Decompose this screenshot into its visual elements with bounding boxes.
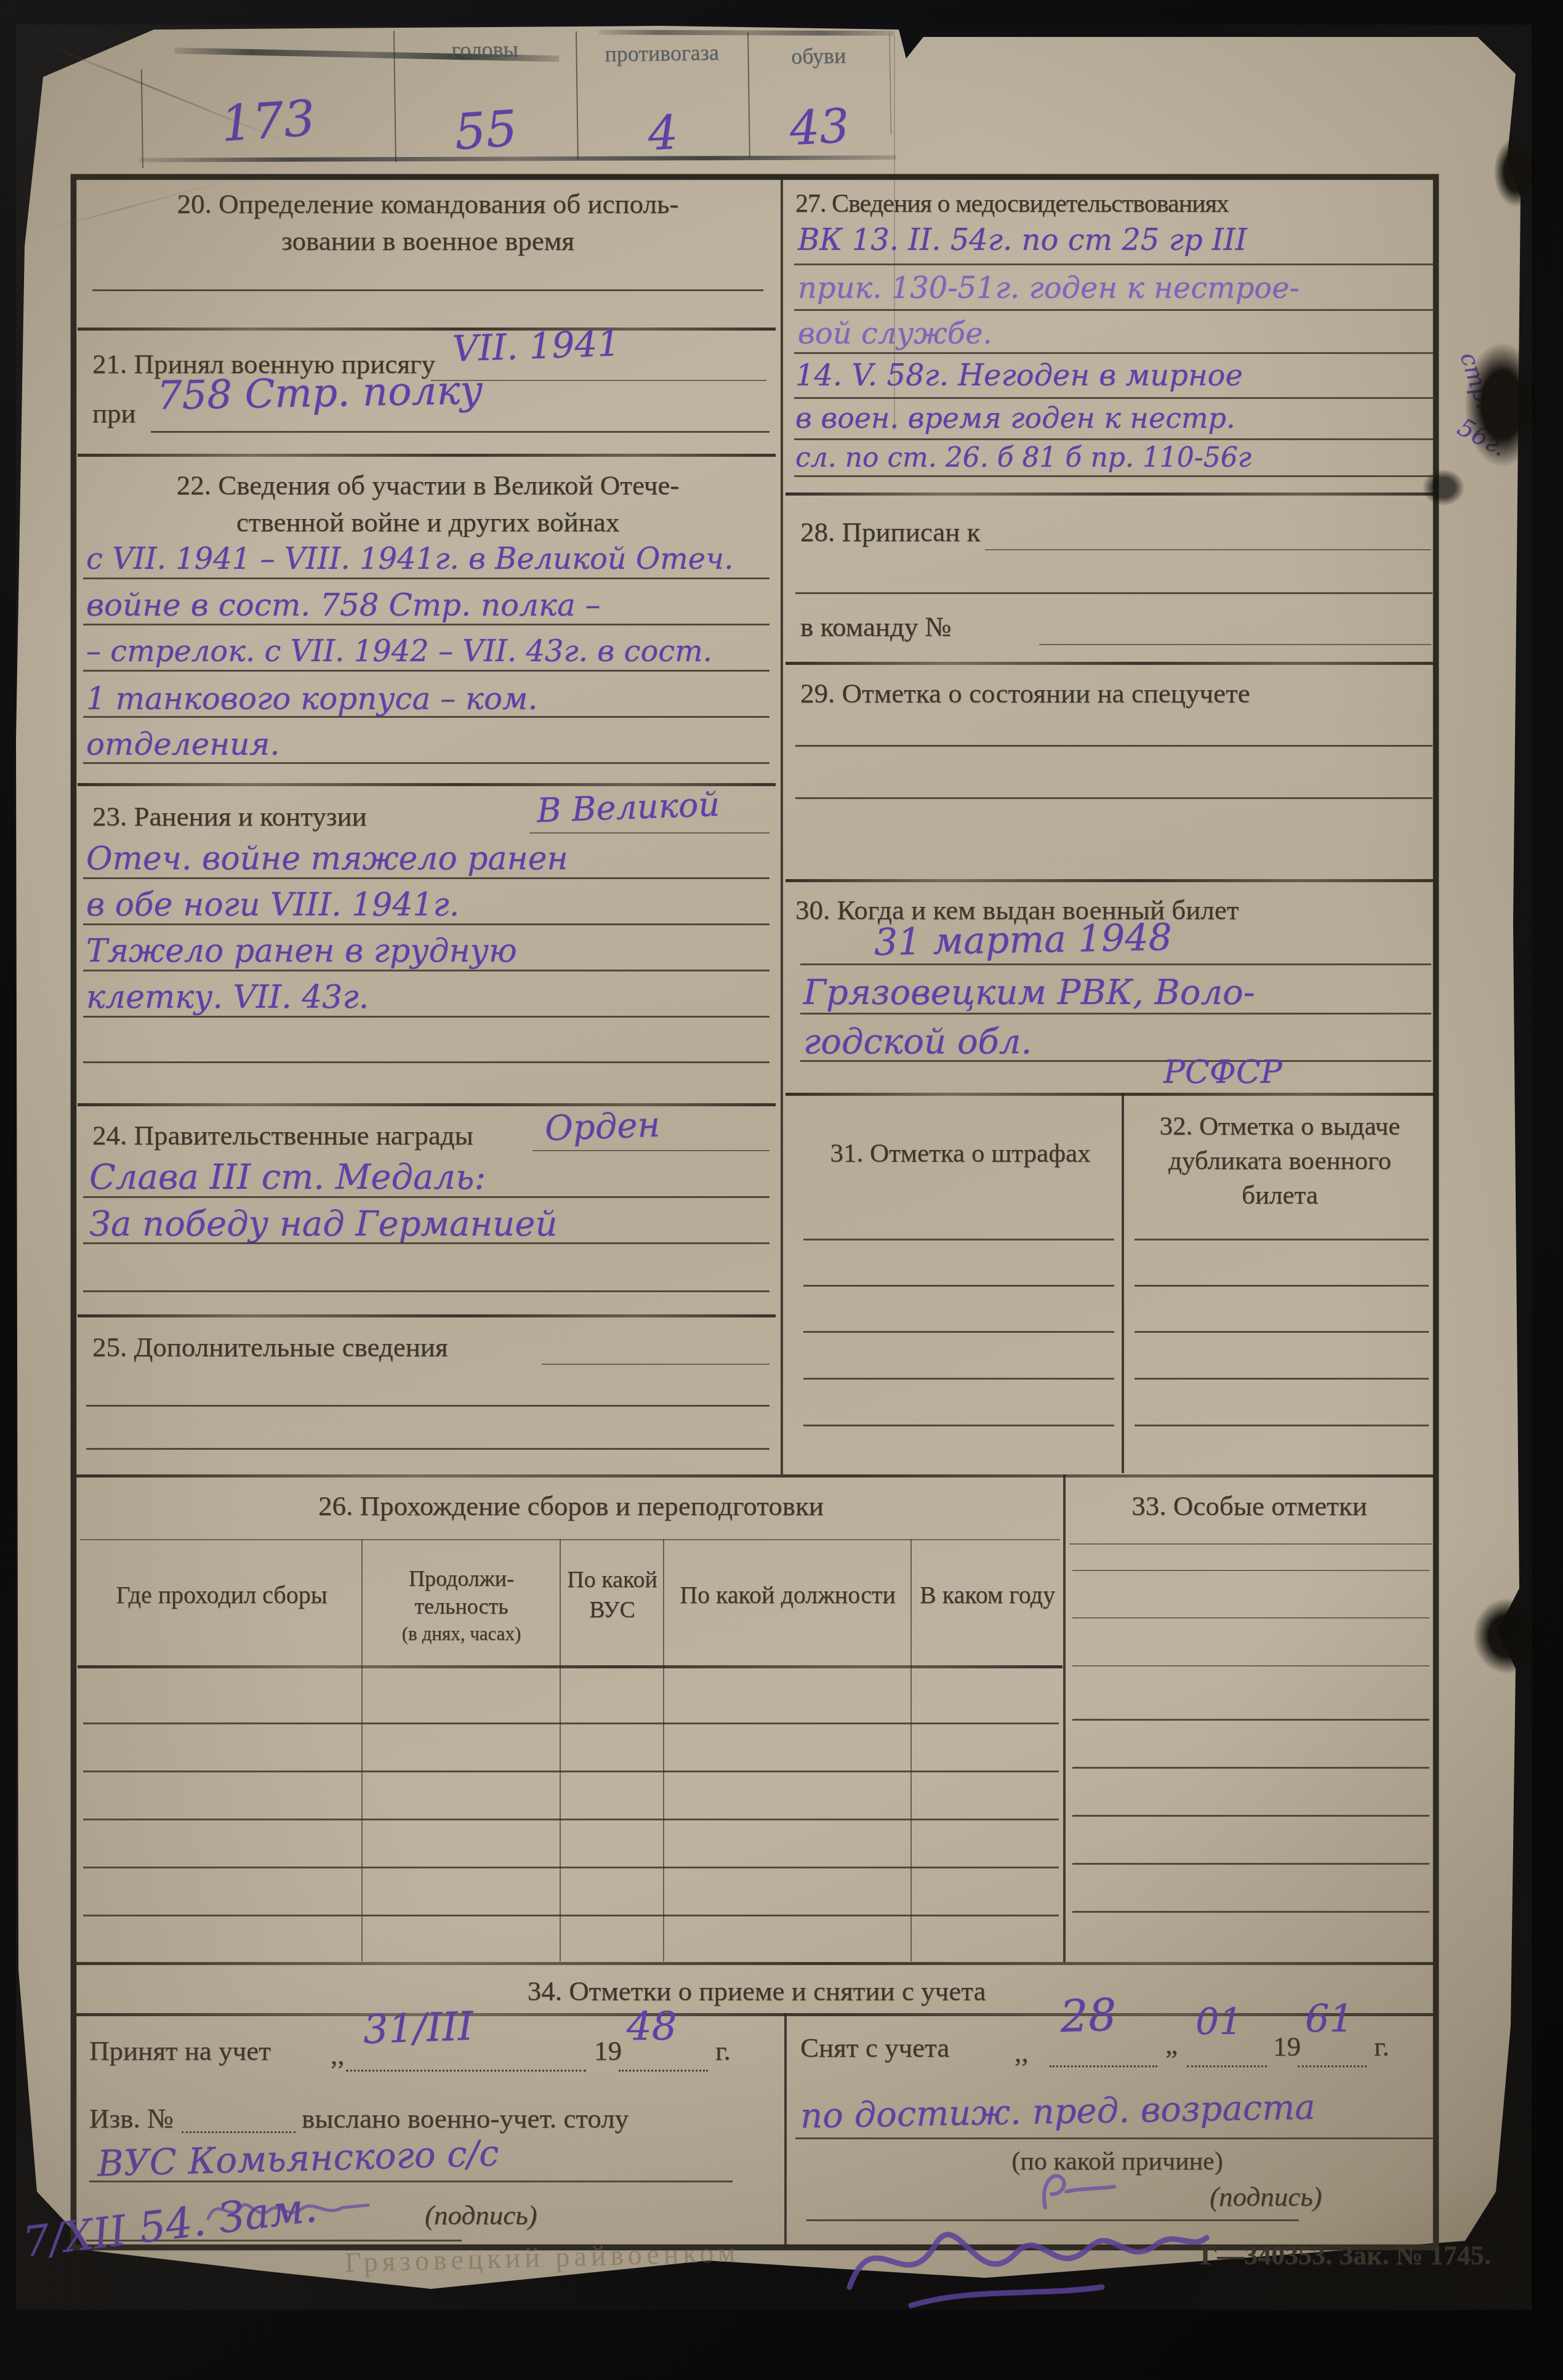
section34-divider [784, 2013, 787, 2246]
section33-title: 33. Особые отметки [1066, 1490, 1432, 1522]
print-run-code: Г—340353. Зак. № 1745. [1200, 2240, 1491, 2271]
table-row-line [83, 1867, 1059, 1868]
head-size-value: 55 [393, 95, 579, 164]
write-line [532, 1150, 769, 1151]
dotted-line [619, 2070, 708, 2072]
write-line [89, 2181, 733, 2182]
section28-label1: 28. Приписан к [800, 516, 980, 548]
notice-sent-label: выслано военно-учет. столу [302, 2102, 629, 2134]
write-line [83, 1016, 769, 1018]
blank-line [795, 797, 1432, 799]
write-line [1039, 644, 1431, 645]
blank-line [803, 1425, 1114, 1426]
write-line [985, 549, 1431, 550]
column-divider [781, 180, 783, 1474]
oath-date-handwritten: VII. 1941 [452, 322, 621, 369]
awards-handwritten: За победу над Германией [89, 1204, 558, 1244]
blank-line [803, 1331, 1114, 1333]
table-top-line [1069, 1543, 1432, 1545]
table-column-line [663, 1539, 664, 1961]
section27-title: 27. Сведения о медосвидетельствованиях [795, 189, 1439, 219]
blank-line [1135, 1285, 1429, 1287]
notice-number-label: Изв. № [89, 2102, 174, 2134]
section28-label2: в команду № [800, 611, 952, 643]
write-line [529, 832, 769, 834]
cut-header-smudge [599, 30, 894, 36]
damage-blob [1464, 342, 1541, 468]
notes-line [1072, 1617, 1429, 1618]
write-line [151, 431, 769, 433]
section33-divider [1063, 1474, 1066, 1962]
gasmask-size-value: 4 [576, 101, 750, 164]
notes-line [1072, 1815, 1429, 1817]
band-rule [75, 1474, 1437, 1477]
dotted-line [346, 2070, 586, 2072]
col-header-where: Где проходил сборы [86, 1579, 357, 1611]
band-rule [75, 1962, 1437, 1965]
write-line [83, 624, 769, 625]
penalty-table-divider [1122, 1093, 1124, 1473]
dotted-line [1298, 2065, 1367, 2067]
blank-line [86, 1405, 769, 1407]
damage-blob [1493, 137, 1540, 207]
war-service-handwritten: с VII. 1941 – VIII. 1941г. в Великой Оте… [86, 542, 733, 576]
section-rule [786, 1093, 1433, 1096]
table-row-line [83, 1915, 1059, 1916]
quote-marks: ,, [1015, 2036, 1029, 2068]
registered-label: Принят на учет [89, 2035, 271, 2067]
section31-title: 31. Отметка о штрафах [806, 1136, 1114, 1172]
write-line [794, 352, 1437, 354]
blank-line [1135, 1425, 1429, 1426]
blank-line [83, 1290, 769, 1292]
section-rule [78, 783, 776, 786]
write-line [795, 2137, 1436, 2139]
signature-caption: (подпись) [1210, 2181, 1322, 2213]
section-rule [786, 492, 1433, 496]
section-rule [78, 454, 776, 457]
ticket-issuer-handwritten: Грязовецким РВК, Воло- [803, 973, 1255, 1013]
write-line [83, 877, 769, 879]
wounds-handwritten: Отеч. войне тяжело ранен [86, 840, 568, 877]
notes-line [1072, 1863, 1429, 1865]
wounds-handwritten: Тяжело ранен в грудную [86, 933, 517, 970]
section25-title: 25. Дополнительные сведения [92, 1331, 448, 1363]
write-line [794, 397, 1437, 399]
wounds-handwritten: клетку. VII. 43г. [86, 979, 369, 1016]
year-prefix: 19 [594, 2035, 622, 2067]
removed-month-handwritten: 01 [1195, 2001, 1242, 2044]
awards-handwritten: Слава III ст. Медаль: [89, 1157, 486, 1197]
notes-line [1072, 1570, 1429, 1571]
oath-unit-handwritten: 758 Стр. полку [156, 368, 483, 419]
shoe-size-value: 43 [747, 96, 891, 158]
write-line [800, 1060, 1431, 1062]
table-column-line [560, 1539, 561, 1961]
war-service-handwritten: – стрелок. с VII. 1942 – VII. 43г. в сос… [86, 634, 712, 669]
year-prefix: 19 [1273, 2030, 1301, 2062]
notes-line [1072, 1665, 1429, 1666]
signature-caption: (подпись) [425, 2199, 537, 2231]
blank-line [803, 1239, 1114, 1240]
col-header-duration-note: (в днях, часах) [368, 1623, 555, 1645]
write-line [542, 1364, 769, 1365]
col-header-vus: По какой ВУС [565, 1565, 660, 1626]
removed-label: Снят с учета [800, 2032, 949, 2064]
removed-year-handwritten: 61 [1305, 1996, 1354, 2041]
quote-marks: „ [1165, 2028, 1178, 2060]
table-top-line [80, 1539, 1060, 1540]
blank-line [1135, 1378, 1429, 1380]
dotted-line [182, 2131, 295, 2133]
damage-blob [1422, 469, 1465, 506]
section-rule [786, 662, 1433, 665]
medical-handwritten: прик. 130-51г. годен к нестрое- [798, 271, 1300, 305]
blank-line [795, 745, 1432, 747]
war-service-handwritten: войне в сост. 758 Стр. полка – [86, 587, 601, 623]
ticket-date-handwritten: 31 марта 1948 [874, 916, 1172, 964]
section-rule [78, 328, 776, 331]
notes-line [1072, 1911, 1429, 1913]
col-header-year: В каком году [917, 1579, 1058, 1611]
write-line [794, 263, 1437, 265]
table-column-line [361, 1539, 363, 1961]
medical-handwritten: вой службе. [798, 316, 992, 351]
write-line [83, 1242, 769, 1244]
table-bottom-smudge [139, 155, 896, 162]
section22-title-line1: 22. Сведения об участии в Великой Отече- [86, 469, 769, 501]
write-line [794, 309, 1437, 311]
blank-line [86, 1448, 769, 1450]
wounds-handwritten: в обе ноги VIII. 1941г. [86, 886, 459, 923]
section20-title-line2: зовании в военное время [86, 225, 769, 257]
medical-handwritten: 14. V. 58г. Негоден в мирное [795, 358, 1243, 393]
write-line [83, 923, 769, 925]
section-rule [78, 1103, 776, 1106]
blank-line [1135, 1331, 1429, 1333]
write-line [83, 1196, 769, 1198]
table-row-line [83, 1819, 1059, 1820]
medical-handwritten: ВК 13. II. 54г. по ст 25 гр III [798, 223, 1247, 257]
table-header-rule [78, 1665, 1063, 1668]
table-row-line [83, 1771, 1059, 1772]
write-line [794, 475, 1439, 477]
blank-line [803, 1285, 1114, 1287]
notes-line [1072, 1767, 1429, 1769]
write-line [794, 438, 1437, 440]
table-row-line [83, 1723, 1059, 1724]
write-line [83, 762, 769, 764]
sizes-table: головы противогаза обуви 173 55 4 43 [0, 0, 1563, 187]
war-service-handwritten: 1 танкового корпуса – ком. [86, 681, 537, 717]
section24-title: 24. Правительственные награды [92, 1119, 473, 1151]
registered-year-handwritten: 48 [627, 2004, 677, 2050]
write-line [800, 1013, 1431, 1015]
write-line [83, 716, 769, 718]
blank-line [92, 289, 763, 291]
table-column-line [910, 1539, 912, 1961]
blank-line [803, 1378, 1114, 1380]
dotted-line [1187, 2065, 1267, 2067]
medical-handwritten: сл. по ст. 26. б 81 б пр. 110-56г [795, 442, 1252, 473]
height-value: 173 [140, 84, 396, 158]
blank-line [83, 1061, 769, 1063]
signature-footer [837, 2195, 1219, 2318]
ticket-issuer-handwritten: годской обл. [803, 1022, 1032, 1062]
rsfsr-handwritten: РСФСР [1163, 1054, 1282, 1091]
section26-title: 26. Прохождение сборов и переподготовки [80, 1490, 1062, 1522]
col-header-position: По какой должности [669, 1579, 906, 1611]
section-rule [78, 1314, 776, 1317]
write-line [83, 577, 769, 579]
blank-line [795, 592, 1432, 594]
section23-title: 23. Ранения и контузии [92, 800, 367, 832]
section20-title-line1: 20. Определение командования об исполь- [86, 188, 769, 220]
write-line [83, 670, 769, 672]
medical-handwritten: в воен. время годен к нестр. [795, 401, 1236, 435]
awards-handwritten: Орден [544, 1105, 661, 1149]
registered-date-handwritten: 31/III [363, 2004, 474, 2053]
quote-marks: ,, [331, 2039, 345, 2071]
section29-title: 29. Отметка о состоянии на спецучете [800, 677, 1250, 709]
size-header-gasmask: противогаза [576, 39, 748, 67]
section21-pri-label: при [92, 397, 136, 429]
notes-line [1072, 1719, 1429, 1721]
size-header-head: головы [393, 35, 576, 63]
col-header-duration: Продолжи- тельность [368, 1565, 555, 1620]
damage-blob [1473, 1598, 1543, 1674]
size-header-shoes: обуви [747, 42, 890, 70]
war-service-handwritten: отделения. [86, 726, 279, 762]
photo-of-soviet-military-registration-card: { "doc": { "sizes": {"h1":"головы","h2":… [0, 0, 1563, 2380]
blank-line [1135, 1239, 1429, 1240]
wounds-handwritten: В Великой [536, 785, 720, 830]
section32-title: 32. Отметка о выдаче дубликата военного … [1133, 1109, 1427, 1213]
year-suffix: г. [1374, 2030, 1389, 2062]
year-suffix: г. [715, 2035, 731, 2067]
write-line [83, 970, 769, 971]
write-line [800, 963, 1431, 965]
removed-day-handwritten: 28 [1059, 1988, 1118, 2042]
section-rule [786, 879, 1433, 882]
section22-title-line2: ственной войне и других войнах [86, 506, 769, 538]
dotted-line [1050, 2065, 1157, 2067]
